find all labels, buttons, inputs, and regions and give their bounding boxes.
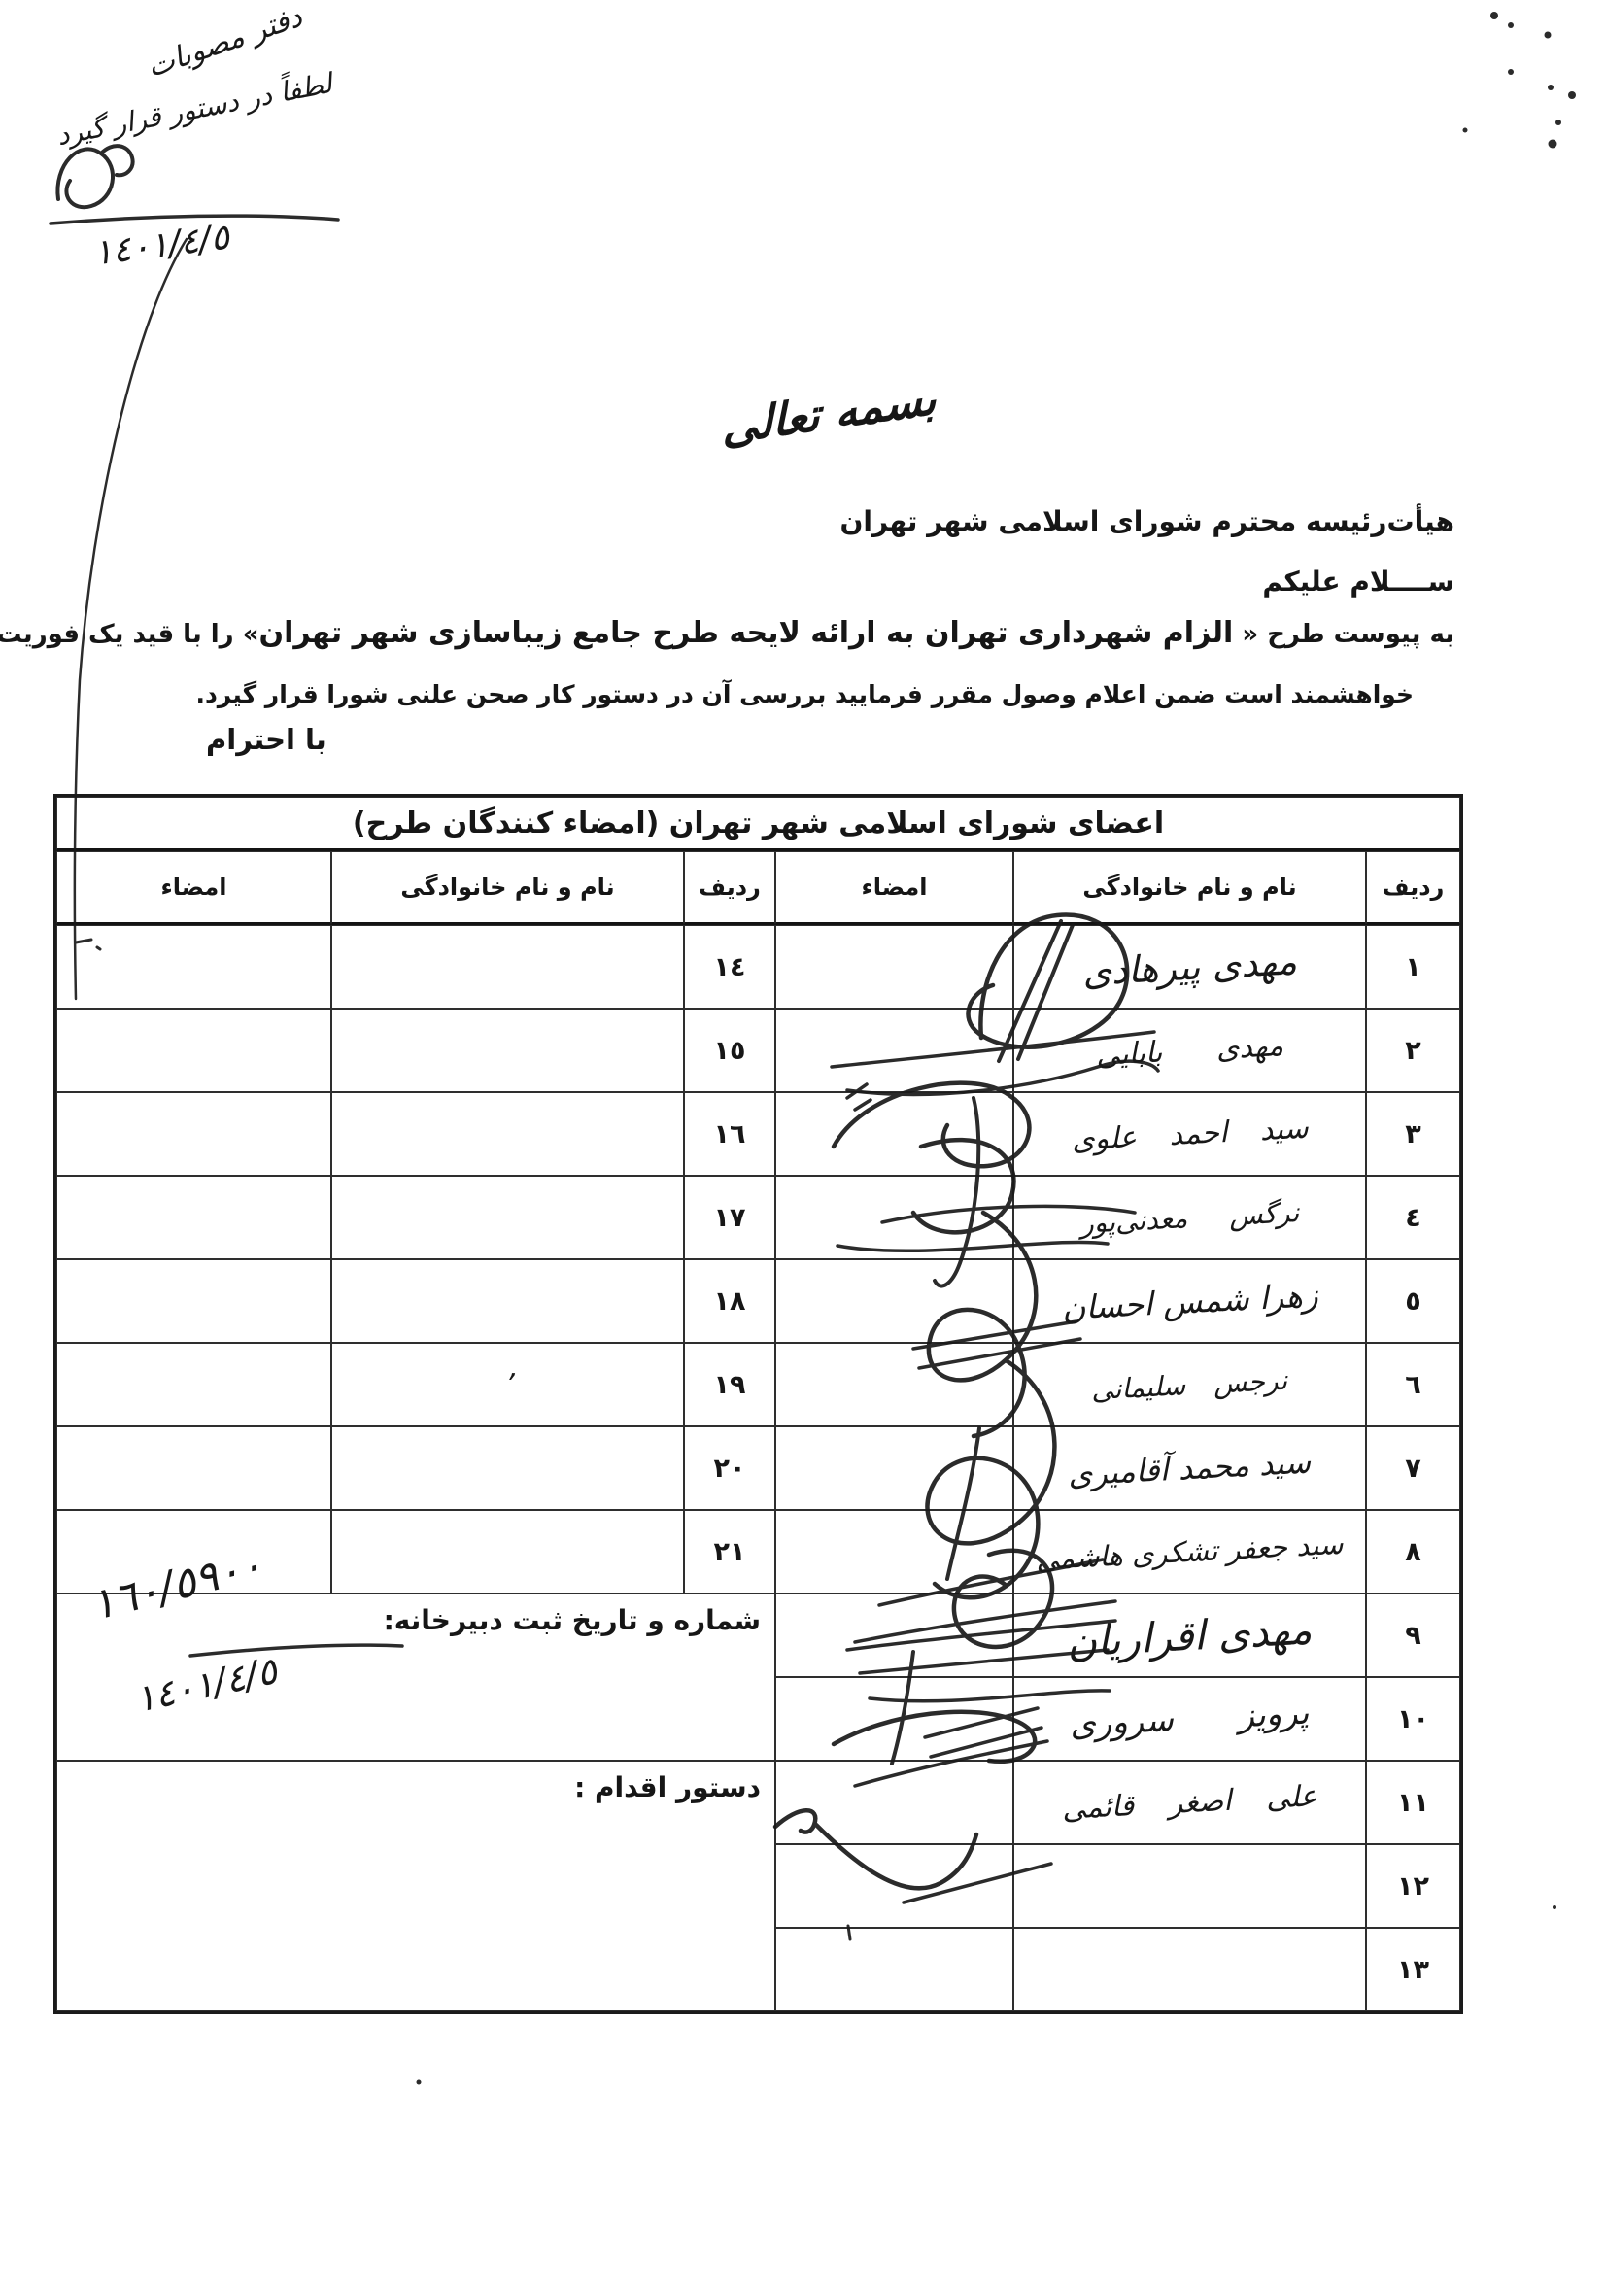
header-row-left: ردیف [684,851,775,925]
signature-cell [775,1176,1013,1259]
row-number: ١٧ [684,1176,775,1259]
row-number: ٤ [1366,1176,1460,1259]
scanned-letter-page: دفتر مصوبات لطفاً در دستور قرار گیرد ١٤٠… [0,0,1606,2296]
header-name-left: نام و نام خانوادگی [331,851,684,925]
row-number: ١٤ [684,925,775,1009]
row-number: ٣ [1366,1092,1460,1176]
name-cell: سید جعفر تشکری هاشمی [1013,1510,1366,1593]
name-cell: زهرا شمس احسان [1013,1259,1366,1343]
name-cell [331,1092,684,1176]
signature-cell [775,925,1013,1009]
name-cell [331,1176,684,1259]
row-number: ٦ [1366,1343,1460,1426]
signature-cell [56,1009,331,1092]
signature-cell [775,1844,1013,1928]
row-number: ٧ [1366,1426,1460,1510]
name-cell: سید احمد علوی [1013,1092,1366,1176]
stamp-signature-scribble [57,149,113,207]
row-number: ٢ [1366,1009,1460,1092]
signature-cell [775,1761,1013,1844]
member-name: مهدی پیرهادی [1081,940,1298,994]
name-cell: علی اصغر قائمی [1013,1761,1366,1844]
member-name: سید محمد آقامیری [1068,1443,1313,1492]
signature-cell [775,1259,1013,1343]
letter-closing: با احترام [206,723,326,756]
row-number: ٥ [1366,1259,1460,1343]
row-number: ١٣ [1366,1928,1460,2011]
signature-cell [56,1343,331,1426]
signatories-table: اعضای شورای اسلامی شهر تهران (امضاء کنند… [53,794,1463,2014]
letter-salutation: ســــلام علیکم [1262,565,1454,598]
member-name: نرجس سلیمانی [1091,1363,1289,1406]
stamp-note-line1: دفتر مصوبات [143,0,307,85]
body-suffix: » را با قید یک فوریت تقدیم می‌نماید. [0,620,259,649]
bismillah-calligraphy: بسمه تعالی [721,371,937,454]
row-number: ٢١ [684,1510,775,1593]
body-prefix: به پیوست طرح « [1233,620,1454,649]
row-number: ١١ [1366,1761,1460,1844]
signature-cell [56,1259,331,1343]
row-number: ١٢ [1366,1844,1460,1928]
member-name: سید جعفر تشکری هاشمی [1036,1527,1345,1577]
signature-cell [775,1677,1013,1761]
signature-cell [775,1092,1013,1176]
header-name-right: نام و نام خانوادگی [1013,851,1366,925]
header-signature-right: امضاء [775,851,1013,925]
name-cell [331,1426,684,1510]
stray-mark: ٬ [503,1368,513,1402]
name-cell [331,925,684,1009]
row-number: ١٠ [1366,1677,1460,1761]
signature-cell [775,1593,1013,1677]
action-order-label: دستور اقدام : [574,1771,761,1803]
name-cell [1013,1844,1366,1928]
letter-recipient: هیأت‌رئیسه محترم شورای اسلامی شهر تهران [839,505,1454,537]
secretariat-label: شماره و تاریخ ثبت دبیرخانه: [384,1604,761,1636]
name-cell [1013,1928,1366,2011]
row-number: ١٥ [684,1009,775,1092]
name-cell: مهدی پیرهادی [1013,925,1366,1009]
signature-cell [56,1176,331,1259]
signature-cell [56,925,331,1009]
member-name: زهرا شمس احسان [1061,1276,1318,1327]
signature-cell [56,1426,331,1510]
row-number: ١٩ [684,1343,775,1426]
member-name: نرگس معدنی‌پور [1079,1196,1300,1240]
name-cell [331,1009,684,1092]
name-cell: ٬ [331,1343,684,1426]
header-signature-left: امضاء [56,851,331,925]
row-number: ٩ [1366,1593,1460,1677]
row-number: ١ [1366,925,1460,1009]
stamp-note-line2: لطفاً در دستور قرار گیرد [53,67,334,152]
member-name: علی اصغر قائمی [1061,1779,1317,1827]
row-number: ١٨ [684,1259,775,1343]
stamp-note-date: ١٤٠١/٤/٥ [91,218,231,274]
name-cell [331,1259,684,1343]
member-name: پرویز سروری [1069,1694,1310,1745]
name-cell [331,1510,684,1593]
name-cell: پرویز سروری [1013,1677,1366,1761]
letter-body-line2: خواهشمند است ضمن اعلام وصول مقرر فرمایید… [195,680,1414,708]
header-row-right: ردیف [1366,851,1460,925]
row-number: ٢٠ [684,1426,775,1510]
name-cell: نرجس سلیمانی [1013,1343,1366,1426]
name-cell: مهدی بابایی [1013,1009,1366,1092]
table-title: اعضای شورای اسلامی شهر تهران (امضاء کنند… [56,797,1460,851]
name-cell: سید محمد آقامیری [1013,1426,1366,1510]
member-name: مهدی اقراریان [1066,1605,1314,1665]
signature-cell [775,1009,1013,1092]
row-number: ٨ [1366,1510,1460,1593]
plan-title-quote: الزام شهرداری تهران به ارائه لایحه طرح ج… [259,616,1234,650]
member-name: سید احمد علوی [1071,1111,1309,1157]
member-name: مهدی بابایی [1095,1028,1284,1072]
action-order-cell: دستور اقدام : [56,1761,775,2011]
name-cell: مهدی اقراریان [1013,1593,1366,1677]
row-number: ١٦ [684,1092,775,1176]
signature-cell [56,1092,331,1176]
name-cell: نرگس معدنی‌پور [1013,1176,1366,1259]
letter-body-line1: به پیوست طرح « الزام شهرداری تهران به ار… [0,616,1454,650]
signature-cell [775,1343,1013,1426]
signature-cell [775,1426,1013,1510]
signature-cell [775,1510,1013,1593]
signature-cell [775,1928,1013,2011]
